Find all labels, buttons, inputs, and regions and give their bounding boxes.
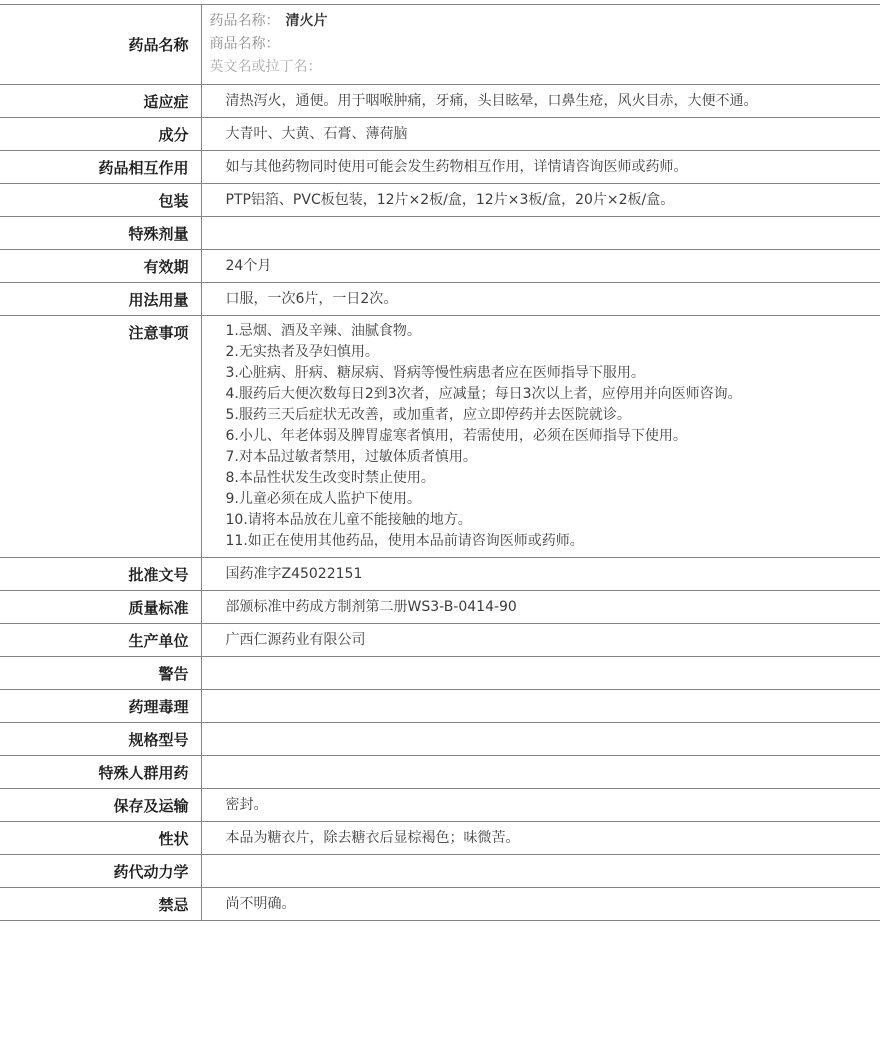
indications-label: 适应症 <box>0 85 201 118</box>
storage-transport-label: 保存及运输 <box>0 789 201 822</box>
row-pharmacokinetics: 药代动力学 <box>0 855 880 888</box>
pharmacokinetics-label: 药代动力学 <box>0 855 201 888</box>
row-precautions: 注意事项 1.忌烟、酒及辛辣、油腻食物。 2.无实热者及孕妇慎用。 3.心脏病、… <box>0 316 880 558</box>
precaution-item: 6.小儿、年老体弱及脾胃虚寒者慎用，若需使用，必须在医师指导下使用。 <box>226 426 869 447</box>
usage-dosage-label: 用法用量 <box>0 283 201 316</box>
row-manufacturer: 生产单位 广西仁源药业有限公司 <box>0 624 880 657</box>
precaution-item: 10.请将本品放在儿童不能接触的地方。 <box>226 510 869 531</box>
row-warning: 警告 <box>0 657 880 690</box>
row-contraindications: 禁忌 尚不明确。 <box>0 888 880 921</box>
ingredients-value: 大青叶、大黄、石膏、薄荷脑 <box>201 118 880 151</box>
row-drug-name: 药品名称 药品名称：清火片 商品名称： 英文名或拉丁名： <box>0 5 880 85</box>
pharmacology-toxicology-value <box>201 690 880 723</box>
english-name-line: 英文名或拉丁名： <box>210 56 869 79</box>
drug-name-line: 药品名称：清火片 <box>210 10 869 33</box>
quality-standard-value: 部颁标准中药成方制剂第二册WS3-B-0414-90 <box>201 591 880 624</box>
quality-standard-label: 质量标准 <box>0 591 201 624</box>
drug-interactions-label: 药品相互作用 <box>0 151 201 184</box>
contraindications-label: 禁忌 <box>0 888 201 921</box>
precaution-item: 3.心脏病、肝病、糖尿病、肾病等慢性病患者应在医师指导下服用。 <box>226 363 869 384</box>
drug-name-field-label: 药品名称： <box>210 13 280 29</box>
row-specification-model: 规格型号 <box>0 723 880 756</box>
row-pharmacology-toxicology: 药理毒理 <box>0 690 880 723</box>
drug-name-row-label: 药品名称 <box>0 5 201 85</box>
precaution-item: 9.儿童必须在成人监护下使用。 <box>226 489 869 510</box>
precautions-label: 注意事项 <box>0 316 201 558</box>
ingredients-label: 成分 <box>0 118 201 151</box>
row-usage-dosage: 用法用量 口服，一次6片，一日2次。 <box>0 283 880 316</box>
row-drug-interactions: 药品相互作用 如与其他药物同时使用可能会发生药物相互作用，详情请咨询医师或药师。 <box>0 151 880 184</box>
storage-transport-value: 密封。 <box>201 789 880 822</box>
packaging-value: PTP铝箔、PVC板包装，12片×2板/盒，12片×3板/盒，20片×2板/盒。 <box>201 184 880 217</box>
description-value: 本品为糖衣片，除去糖衣后显棕褐色；味微苦。 <box>201 822 880 855</box>
row-indications: 适应症 清热泻火，通便。用于咽喉肿痛，牙痛，头目眩晕，口鼻生疮，风火目赤，大便不… <box>0 85 880 118</box>
contraindications-value: 尚不明确。 <box>201 888 880 921</box>
english-name-field-label: 英文名或拉丁名： <box>210 59 322 75</box>
drug-name-row-value: 药品名称：清火片 商品名称： 英文名或拉丁名： <box>201 5 880 85</box>
row-quality-standard: 质量标准 部颁标准中药成方制剂第二册WS3-B-0414-90 <box>0 591 880 624</box>
precaution-item: 4.服药后大便次数每日2到3次者，应减量；每日3次以上者，应停用并向医师咨询。 <box>226 384 869 405</box>
approval-number-label: 批准文号 <box>0 558 201 591</box>
row-ingredients: 成分 大青叶、大黄、石膏、薄荷脑 <box>0 118 880 151</box>
manufacturer-value: 广西仁源药业有限公司 <box>201 624 880 657</box>
indications-value: 清热泻火，通便。用于咽喉肿痛，牙痛，头目眩晕，口鼻生疮，风火目赤，大便不通。 <box>201 85 880 118</box>
precaution-item: 2.无实热者及孕妇慎用。 <box>226 342 869 363</box>
trade-name-line: 商品名称： <box>210 33 869 56</box>
specification-model-label: 规格型号 <box>0 723 201 756</box>
description-label: 性状 <box>0 822 201 855</box>
precautions-value: 1.忌烟、酒及辛辣、油腻食物。 2.无实热者及孕妇慎用。 3.心脏病、肝病、糖尿… <box>201 316 880 558</box>
row-description: 性状 本品为糖衣片，除去糖衣后显棕褐色；味微苦。 <box>0 822 880 855</box>
row-special-dosage: 特殊剂量 <box>0 217 880 250</box>
trade-name-field-label: 商品名称： <box>210 36 280 52</box>
special-population-value <box>201 756 880 789</box>
specification-model-value <box>201 723 880 756</box>
precaution-item: 5.服药三天后症状无改善，或加重者，应立即停药并去医院就诊。 <box>226 405 869 426</box>
warning-label: 警告 <box>0 657 201 690</box>
precaution-item: 1.忌烟、酒及辛辣、油腻食物。 <box>226 321 869 342</box>
special-dosage-label: 特殊剂量 <box>0 217 201 250</box>
drug-name-value: 清火片 <box>286 13 328 29</box>
precaution-item: 7.对本品过敏者禁用，过敏体质者慎用。 <box>226 447 869 468</box>
usage-dosage-value: 口服，一次6片，一日2次。 <box>201 283 880 316</box>
precaution-item: 8.本品性状发生改变时禁止使用。 <box>226 468 869 489</box>
shelf-life-label: 有效期 <box>0 250 201 283</box>
pharmacokinetics-value <box>201 855 880 888</box>
packaging-label: 包装 <box>0 184 201 217</box>
pharmacology-toxicology-label: 药理毒理 <box>0 690 201 723</box>
drug-info-table: 药品名称 药品名称：清火片 商品名称： 英文名或拉丁名： 适应症 清热泻火，通便… <box>0 4 880 921</box>
special-population-label: 特殊人群用药 <box>0 756 201 789</box>
row-shelf-life: 有效期 24个月 <box>0 250 880 283</box>
warning-value <box>201 657 880 690</box>
row-storage-transport: 保存及运输 密封。 <box>0 789 880 822</box>
shelf-life-value: 24个月 <box>201 250 880 283</box>
manufacturer-label: 生产单位 <box>0 624 201 657</box>
precaution-item: 11.如正在使用其他药品，使用本品前请咨询医师或药师。 <box>226 531 869 552</box>
row-packaging: 包装 PTP铝箔、PVC板包装，12片×2板/盒，12片×3板/盒，20片×2板… <box>0 184 880 217</box>
special-dosage-value <box>201 217 880 250</box>
drug-interactions-value: 如与其他药物同时使用可能会发生药物相互作用，详情请咨询医师或药师。 <box>201 151 880 184</box>
row-approval-number: 批准文号 国药准字Z45022151 <box>0 558 880 591</box>
row-special-population: 特殊人群用药 <box>0 756 880 789</box>
approval-number-value: 国药准字Z45022151 <box>201 558 880 591</box>
